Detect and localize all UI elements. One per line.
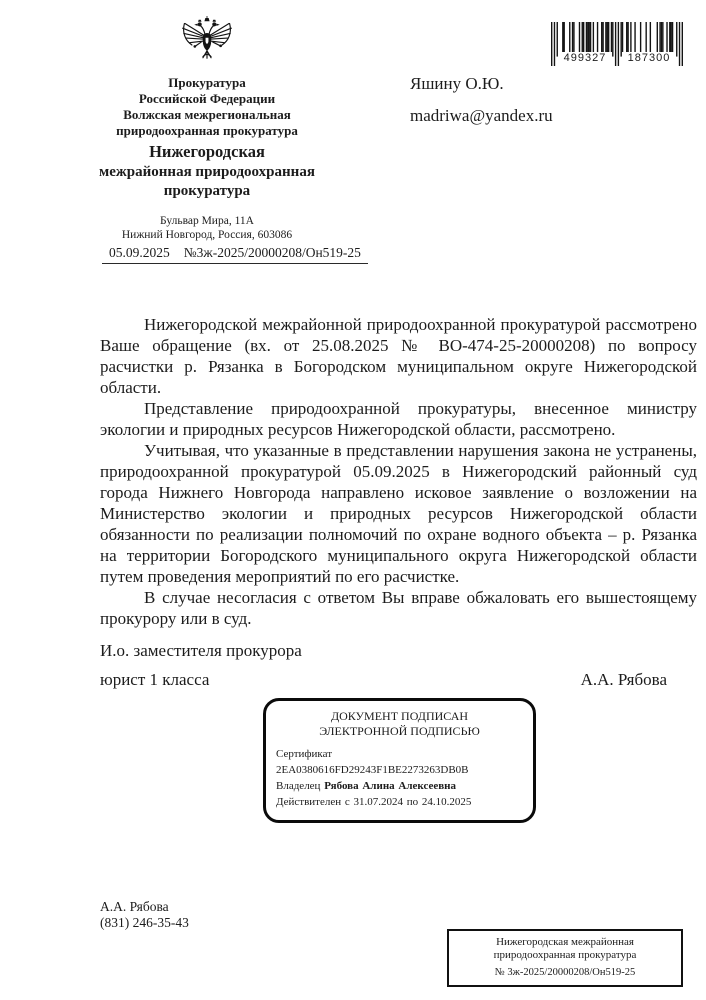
org-name-line-1: Прокуратура <box>86 75 328 91</box>
executor-name: А.А. Рябова <box>100 899 189 915</box>
org-address-line-2: Нижний Новгород, Россия, 603086 <box>86 228 328 242</box>
addressee-email: madriwa@yandex.ru <box>410 106 553 126</box>
russia-coat-of-arms-icon <box>178 16 236 67</box>
esign-validity-line: Действителен с 31.07.2024 по 24.10.2025 <box>276 794 523 810</box>
signer-name: А.А. Рябова <box>581 669 667 690</box>
document-date: 05.09.2025 <box>102 245 177 264</box>
letter-body: Нижегородской межрайонной природоохранно… <box>100 314 697 629</box>
org-name-line-2: Российской Федерации <box>86 91 328 107</box>
signature-block: И.о. заместителя прокурора юрист 1 класс… <box>100 640 667 690</box>
letterhead: Прокуратура Российской Федерации Волжска… <box>86 16 328 242</box>
body-paragraph-1: Нижегородской межрайонной природоохранно… <box>100 314 697 398</box>
division-name-line-1: Нижегородская <box>86 141 328 163</box>
reg-stamp-org-name: Нижегородская межрайонная природоохранна… <box>457 936 673 962</box>
esign-certificate-value: 2EA0380616FD29243F1BE2273263DB0B <box>276 764 469 776</box>
document-number: №3ж-2025/20000208/Он519-25 <box>177 245 368 264</box>
addressee-name: Яшину О.Ю. <box>410 74 553 94</box>
org-name-line-3: Волжская межрегиональная <box>86 107 328 123</box>
addressee-block: Яшину О.Ю. madriwa@yandex.ru <box>410 74 553 126</box>
esign-owner-label: Владелец <box>276 780 320 792</box>
division-name-line-3: прокуратура <box>86 182 328 201</box>
org-address: Бульвар Мира, 11А Нижний Новгород, Росси… <box>86 214 328 242</box>
registration-barcode: 499327 187300 <box>551 22 683 68</box>
reference-line: 05.09.2025№3ж-2025/20000208/Он519-25 <box>102 245 368 264</box>
barcode-digits-right: 187300 <box>622 52 676 64</box>
esign-certificate-line: Сертификат 2EA0380616FD29243F1BE2273263D… <box>276 746 523 778</box>
esign-title-line-1: ДОКУМЕНТ ПОДПИСАН <box>276 709 523 724</box>
esign-title-line-2: ЭЛЕКТРОННОЙ ПОДПИСЬЮ <box>276 724 523 739</box>
body-paragraph-4: В случае несогласия с ответом Вы вправе … <box>100 587 697 629</box>
barcode-digits-left: 499327 <box>558 52 612 64</box>
body-paragraph-2: Представление природоохранной прокуратур… <box>100 398 697 440</box>
division-name-line-2: межрайонная природоохранная <box>86 163 328 182</box>
esign-certificate-label: Сертификат <box>276 748 332 760</box>
registration-stamp: Нижегородская межрайонная природоохранна… <box>447 929 683 987</box>
electronic-signature-stamp: ДОКУМЕНТ ПОДПИСАН ЭЛЕКТРОННОЙ ПОДПИСЬЮ С… <box>263 698 536 823</box>
org-address-line-1: Бульвар Мира, 11А <box>86 214 328 228</box>
org-name-line-4: природоохранная прокуратура <box>86 123 328 139</box>
document-page: Прокуратура Российской Федерации Волжска… <box>0 0 706 1000</box>
reg-stamp-number: № 3ж-2025/20000208/Он519-25 <box>457 966 673 979</box>
signer-position-line-1: И.о. заместителя прокурора <box>100 640 667 661</box>
esign-owner-line: Владелец Рябова Алина Алексеевна <box>276 778 523 794</box>
executor-phone: (831) 246-35-43 <box>100 915 189 931</box>
signer-position-line-2: юрист 1 класса <box>100 669 209 690</box>
esign-owner-name: Рябова Алина Алексеевна <box>324 780 456 792</box>
body-paragraph-3: Учитывая, что указанные в представлении … <box>100 440 697 587</box>
executor-block: А.А. Рябова (831) 246-35-43 <box>100 899 189 931</box>
